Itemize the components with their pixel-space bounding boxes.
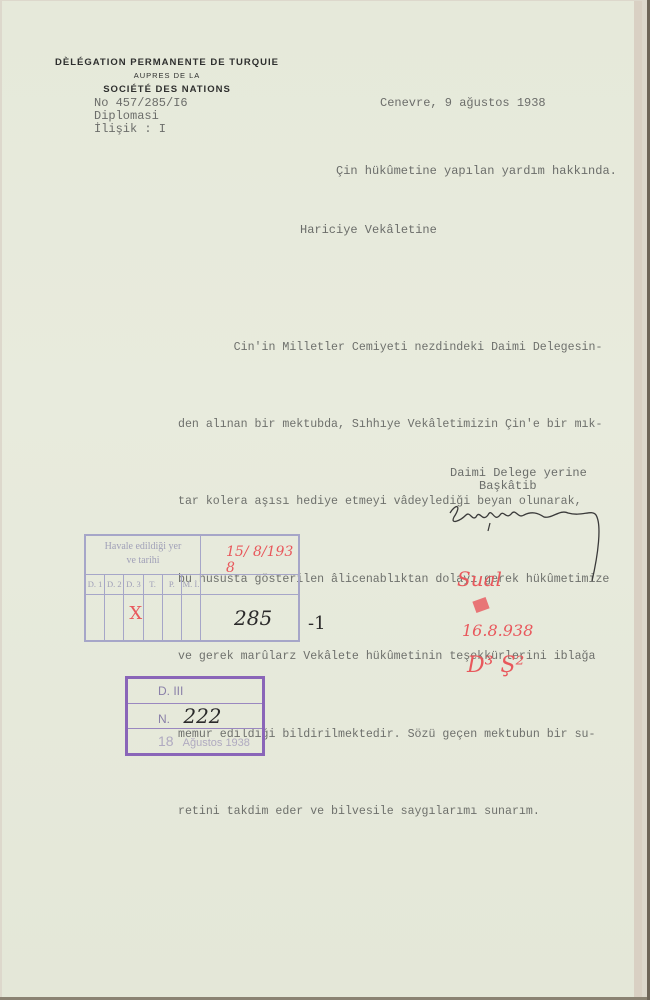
- routing-file-number: 285: [234, 606, 272, 630]
- routing-column: D. 1: [86, 574, 105, 642]
- registry-dept: D. III: [128, 679, 262, 704]
- registry-date: 18 Ağustos 1938: [128, 729, 262, 754]
- document-page: DÈLÉGATION PERMANENTE DE TURQUIE AUPRES …: [2, 1, 642, 997]
- body-line: den alınan bir mektubda, Sıhhıye Vekâlet…: [178, 412, 609, 438]
- reference-attachment: İlişik : I: [94, 122, 166, 136]
- handwritten-note-sual: Sual: [457, 567, 502, 591]
- reference-number: No 457/285/I6: [94, 96, 188, 110]
- signature-title-2: Başkâtib: [479, 479, 537, 493]
- routing-stamp-columns: D. 1 D. 2 D. 3 X T. P. M. İ.: [86, 574, 201, 642]
- routing-column: D. 2: [105, 574, 124, 642]
- handwritten-note-code: D³ Ş²: [467, 653, 524, 678]
- place-date: Cenevre, 9 ağustos 1938: [380, 96, 546, 110]
- addressee: Hariciye Vekâletine: [300, 223, 437, 237]
- subject-line: Çin hükûmetine yapılan yardım hakkında.: [336, 164, 617, 178]
- body-line: Cin'in Milletler Cemiyeti nezdindeki Dai…: [178, 335, 609, 361]
- routing-column: T.: [144, 574, 163, 642]
- routing-column: P.: [163, 574, 182, 642]
- routing-stamp: Havale edildiği yer ve tarihi 15/ 8/193 …: [84, 534, 300, 642]
- body-line: retini takdim eder ve bilvesile saygılar…: [178, 799, 609, 825]
- routing-column: M. İ.: [182, 574, 201, 642]
- routing-mark-x: X: [129, 604, 142, 624]
- signature-title-1: Daimi Delege yerine: [450, 466, 587, 480]
- routing-stamp-date: 15/ 8/193 8: [226, 544, 298, 576]
- reference-department: Diplomasi: [94, 109, 159, 123]
- letterhead-line-1: DÈLÉGATION PERMANENTE DE TURQUIE: [54, 57, 280, 68]
- registry-number: 222: [183, 704, 221, 728]
- registry-stamp: D. III N. 222 18 Ağustos 1938: [125, 676, 265, 756]
- routing-stamp-header: Havale edildiği yer ve tarihi: [86, 536, 201, 574]
- registry-number-row: N. 222: [128, 704, 262, 729]
- routing-suffix: -1: [308, 613, 326, 634]
- routing-column: D. 3 X: [124, 574, 143, 642]
- body-line: ve gerek marûlarz Vekâlete hükûmetinin t…: [178, 644, 609, 670]
- letterhead-line-2: AUPRES DE LA: [54, 71, 280, 80]
- handwritten-note-date: 16.8.938: [462, 621, 533, 640]
- letterhead-line-3: SOCIÉTÉ DES NATIONS: [54, 84, 280, 95]
